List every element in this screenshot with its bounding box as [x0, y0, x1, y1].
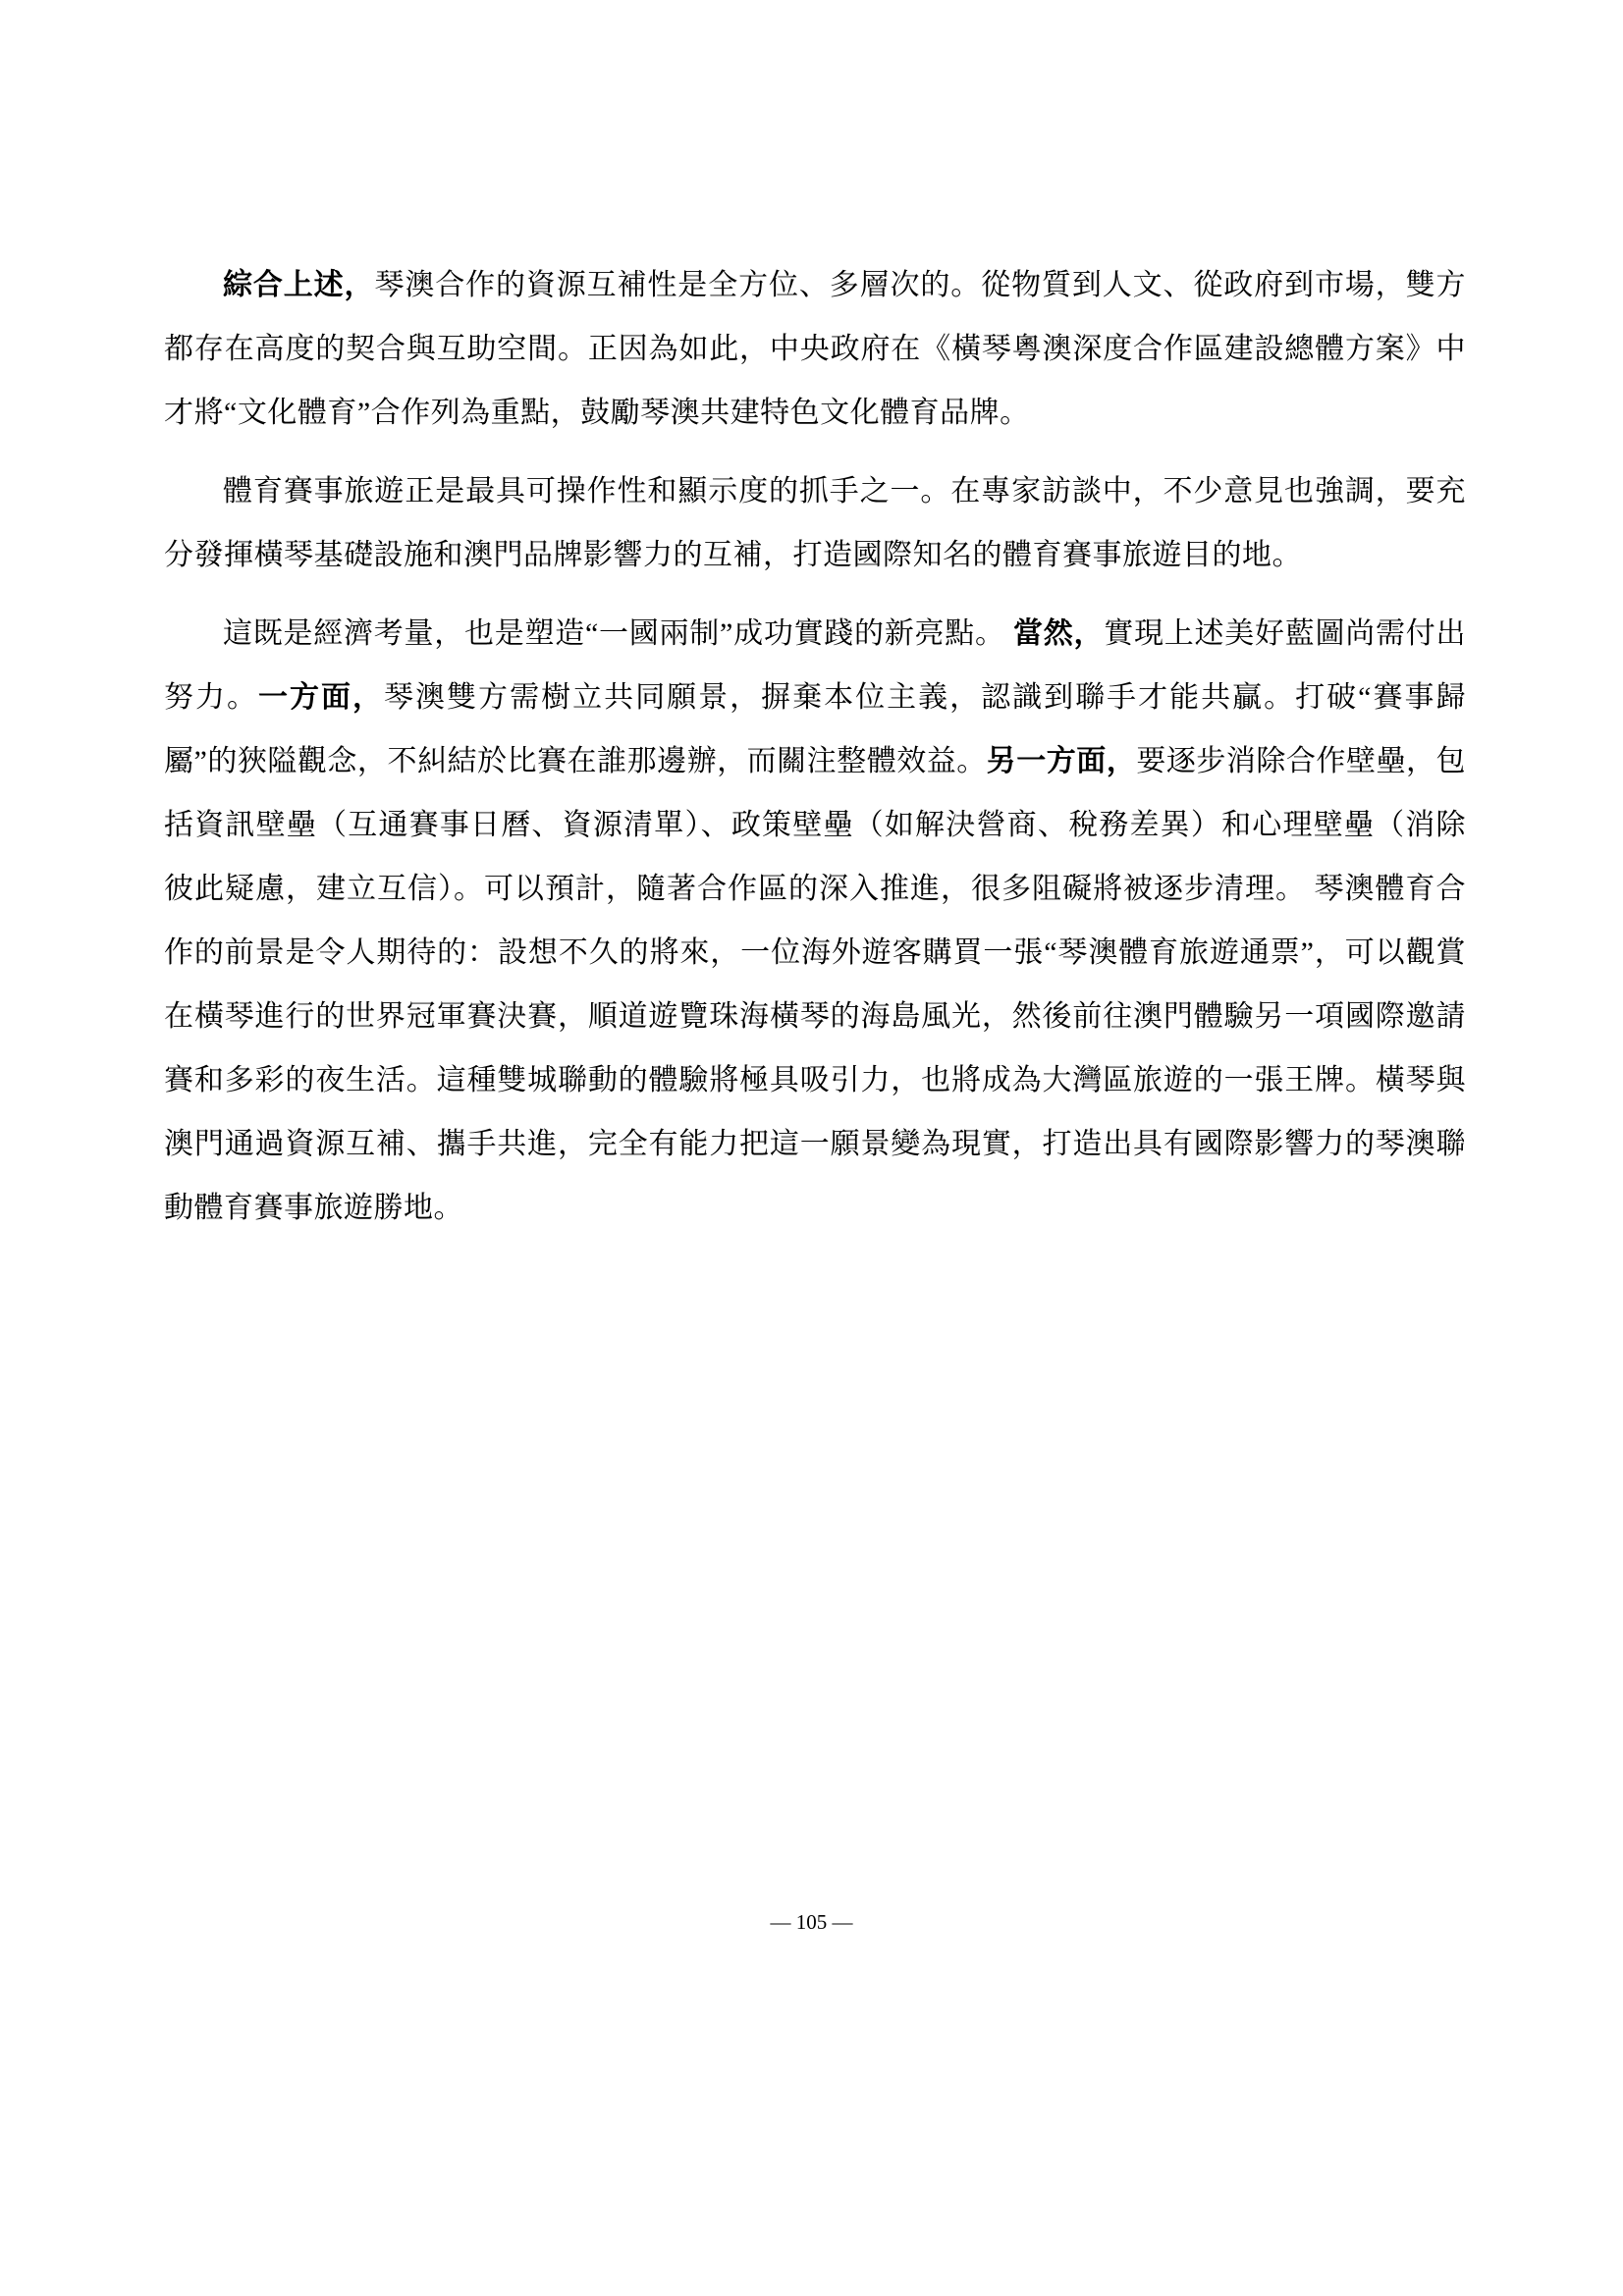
- bold-text-run: 綜合上述，: [223, 269, 374, 301]
- text-run: 體育賽事旅遊正是最具可操作性和顯示度的抓手之一。在專家訪談中，不少意見也強調，要…: [164, 475, 1466, 571]
- page-number: — 105 —: [771, 1910, 853, 1934]
- text-run: 要逐步消除合作壁壘，包括資訊壁壘（互通賽事日曆、資源清單）、政策壁壘（如解決營商…: [164, 745, 1466, 1224]
- bold-text-run: 另一方面，: [987, 745, 1137, 777]
- document-body: 綜合上述，琴澳合作的資源互補性是全方位、多層次的。從物質到人文、從政府到市場，雙…: [164, 253, 1466, 1255]
- document-page: 綜合上述，琴澳合作的資源互補性是全方位、多層次的。從物質到人文、從政府到市場，雙…: [0, 0, 1623, 2296]
- page-footer: — 105 —: [0, 1907, 1623, 1937]
- paragraph: 這既是經濟考量，也是塑造“一國兩制”成功實踐的新亮點。 當然，實現上述美好藍圖尚…: [164, 602, 1466, 1240]
- bold-text-run: 當然，: [1013, 617, 1104, 650]
- text-run: 這既是經濟考量，也是塑造“一國兩制”成功實踐的新亮點。: [223, 617, 1013, 650]
- paragraph: 體育賽事旅遊正是最具可操作性和顯示度的抓手之一。在專家訪談中，不少意見也強調，要…: [164, 459, 1466, 587]
- paragraph: 綜合上述，琴澳合作的資源互補性是全方位、多層次的。從物質到人文、從政府到市場，雙…: [164, 253, 1466, 445]
- bold-text-run: 一方面，: [258, 681, 384, 714]
